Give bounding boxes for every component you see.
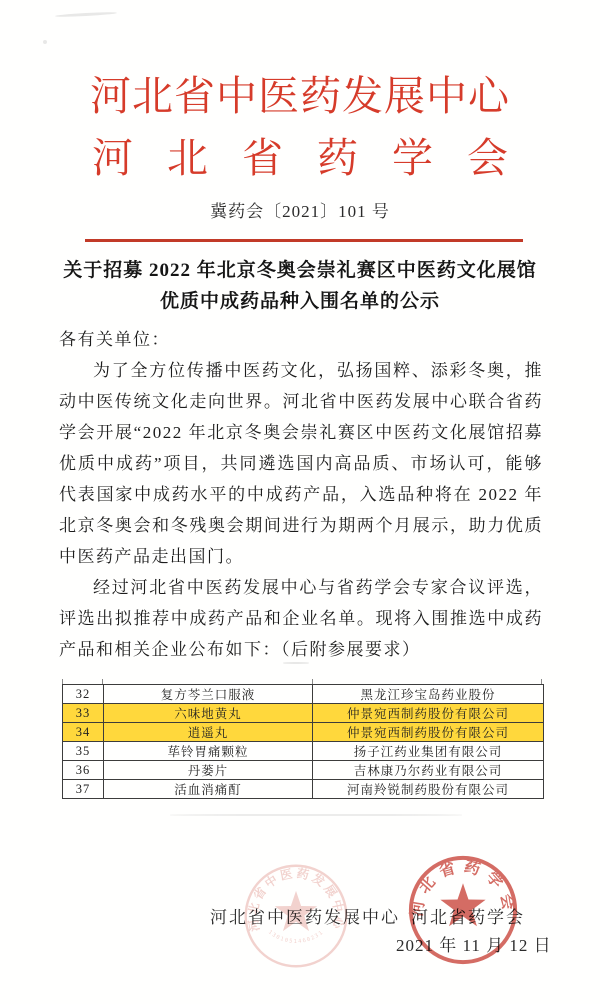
scan-artifact — [55, 11, 117, 17]
table-row: 35 荜铃胃痛颗粒 扬子江药业集团有限公司 — [63, 742, 544, 761]
salutation: 各有关单位： — [59, 324, 543, 355]
body-paragraph-1: 为了全方位传播中医药文化，弘扬国粹、添彩冬奥，推动中医传统文化走向世界。河北省中… — [59, 355, 543, 572]
cell-company: 黑龙江珍宝岛药业股份 — [313, 685, 544, 704]
cell-company: 扬子江药业集团有限公司 — [313, 742, 544, 761]
table-row: 33 六味地黄丸 仲景宛西制药股份有限公司 — [63, 704, 544, 723]
cell-product: 逍遥丸 — [104, 723, 313, 742]
cell-company: 仲景宛西制药股份有限公司 — [313, 704, 544, 723]
document-number: 冀药会〔2021〕101 号 — [0, 197, 600, 222]
table-row: 37 活血消痛酊 河南羚锐制药股份有限公司 — [63, 780, 544, 799]
letterhead-divider-rule — [85, 239, 523, 242]
cell-row-number: 35 — [63, 742, 104, 761]
signature-date: 2021 年 11 月 12 日 — [396, 931, 552, 956]
shortlist-table: 32 复方芩兰口服液 黑龙江珍宝岛药业股份 33 六味地黄丸 仲景宛西制药股份有… — [62, 684, 544, 799]
cell-company: 仲景宛西制药股份有限公司 — [313, 723, 544, 742]
cell-product: 荜铃胃痛颗粒 — [104, 742, 313, 761]
cell-product: 活血消痛酊 — [104, 780, 313, 799]
cell-row-number: 37 — [63, 780, 104, 799]
cell-row-number: 36 — [63, 761, 104, 780]
cell-product: 丹蒌片 — [104, 761, 313, 780]
cell-product: 复方芩兰口服液 — [104, 685, 313, 704]
cell-row-number: 32 — [63, 685, 104, 704]
letterhead-org-1: 河北省中医药发展中心 — [0, 72, 600, 121]
signature-org-right: 河北省药学会 — [411, 903, 525, 928]
cell-company: 吉林康乃尔药业有限公司 — [313, 761, 544, 780]
table-row: 34 逍遥丸 仲景宛西制药股份有限公司 — [63, 723, 544, 742]
document-title-line-1: 关于招募 2022 年北京冬奥会崇礼赛区中医药文化展馆 — [30, 255, 570, 286]
signature-org-left: 河北省中医药发展中心 — [210, 903, 400, 928]
document-body: 各有关单位： 为了全方位传播中医药文化，弘扬国粹、添彩冬奥，推动中医传统文化走向… — [59, 324, 543, 665]
cell-company: 河南羚锐制药股份有限公司 — [313, 780, 544, 799]
seal-left-serial: 1301051460231 — [267, 929, 325, 945]
scan-artifact — [170, 814, 462, 816]
table-row: 32 复方芩兰口服液 黑龙江珍宝岛药业股份 — [63, 685, 544, 704]
cell-row-number: 34 — [63, 723, 104, 742]
letterhead-org-2: 河北省药学会 — [0, 134, 600, 183]
cell-product: 六味地黄丸 — [104, 704, 313, 723]
body-paragraph-2: 经过河北省中医药发展中心与省药学会专家合议评选，评选出拟推荐中成药产品和企业名单… — [59, 572, 543, 665]
document-title-line-2: 优质中成药品种入围名单的公示 — [30, 286, 570, 317]
scan-artifact — [43, 40, 47, 44]
document-title: 关于招募 2022 年北京冬奥会崇礼赛区中医药文化展馆 优质中成药品种入围名单的… — [30, 255, 570, 317]
svg-text:1301051460231: 1301051460231 — [267, 929, 325, 945]
cell-row-number: 33 — [63, 704, 104, 723]
table-row: 36 丹蒌片 吉林康乃尔药业有限公司 — [63, 761, 544, 780]
scanned-document-page: 河北省中医药发展中心 河北省药学会 冀药会〔2021〕101 号 关于招募 20… — [0, 0, 600, 1004]
